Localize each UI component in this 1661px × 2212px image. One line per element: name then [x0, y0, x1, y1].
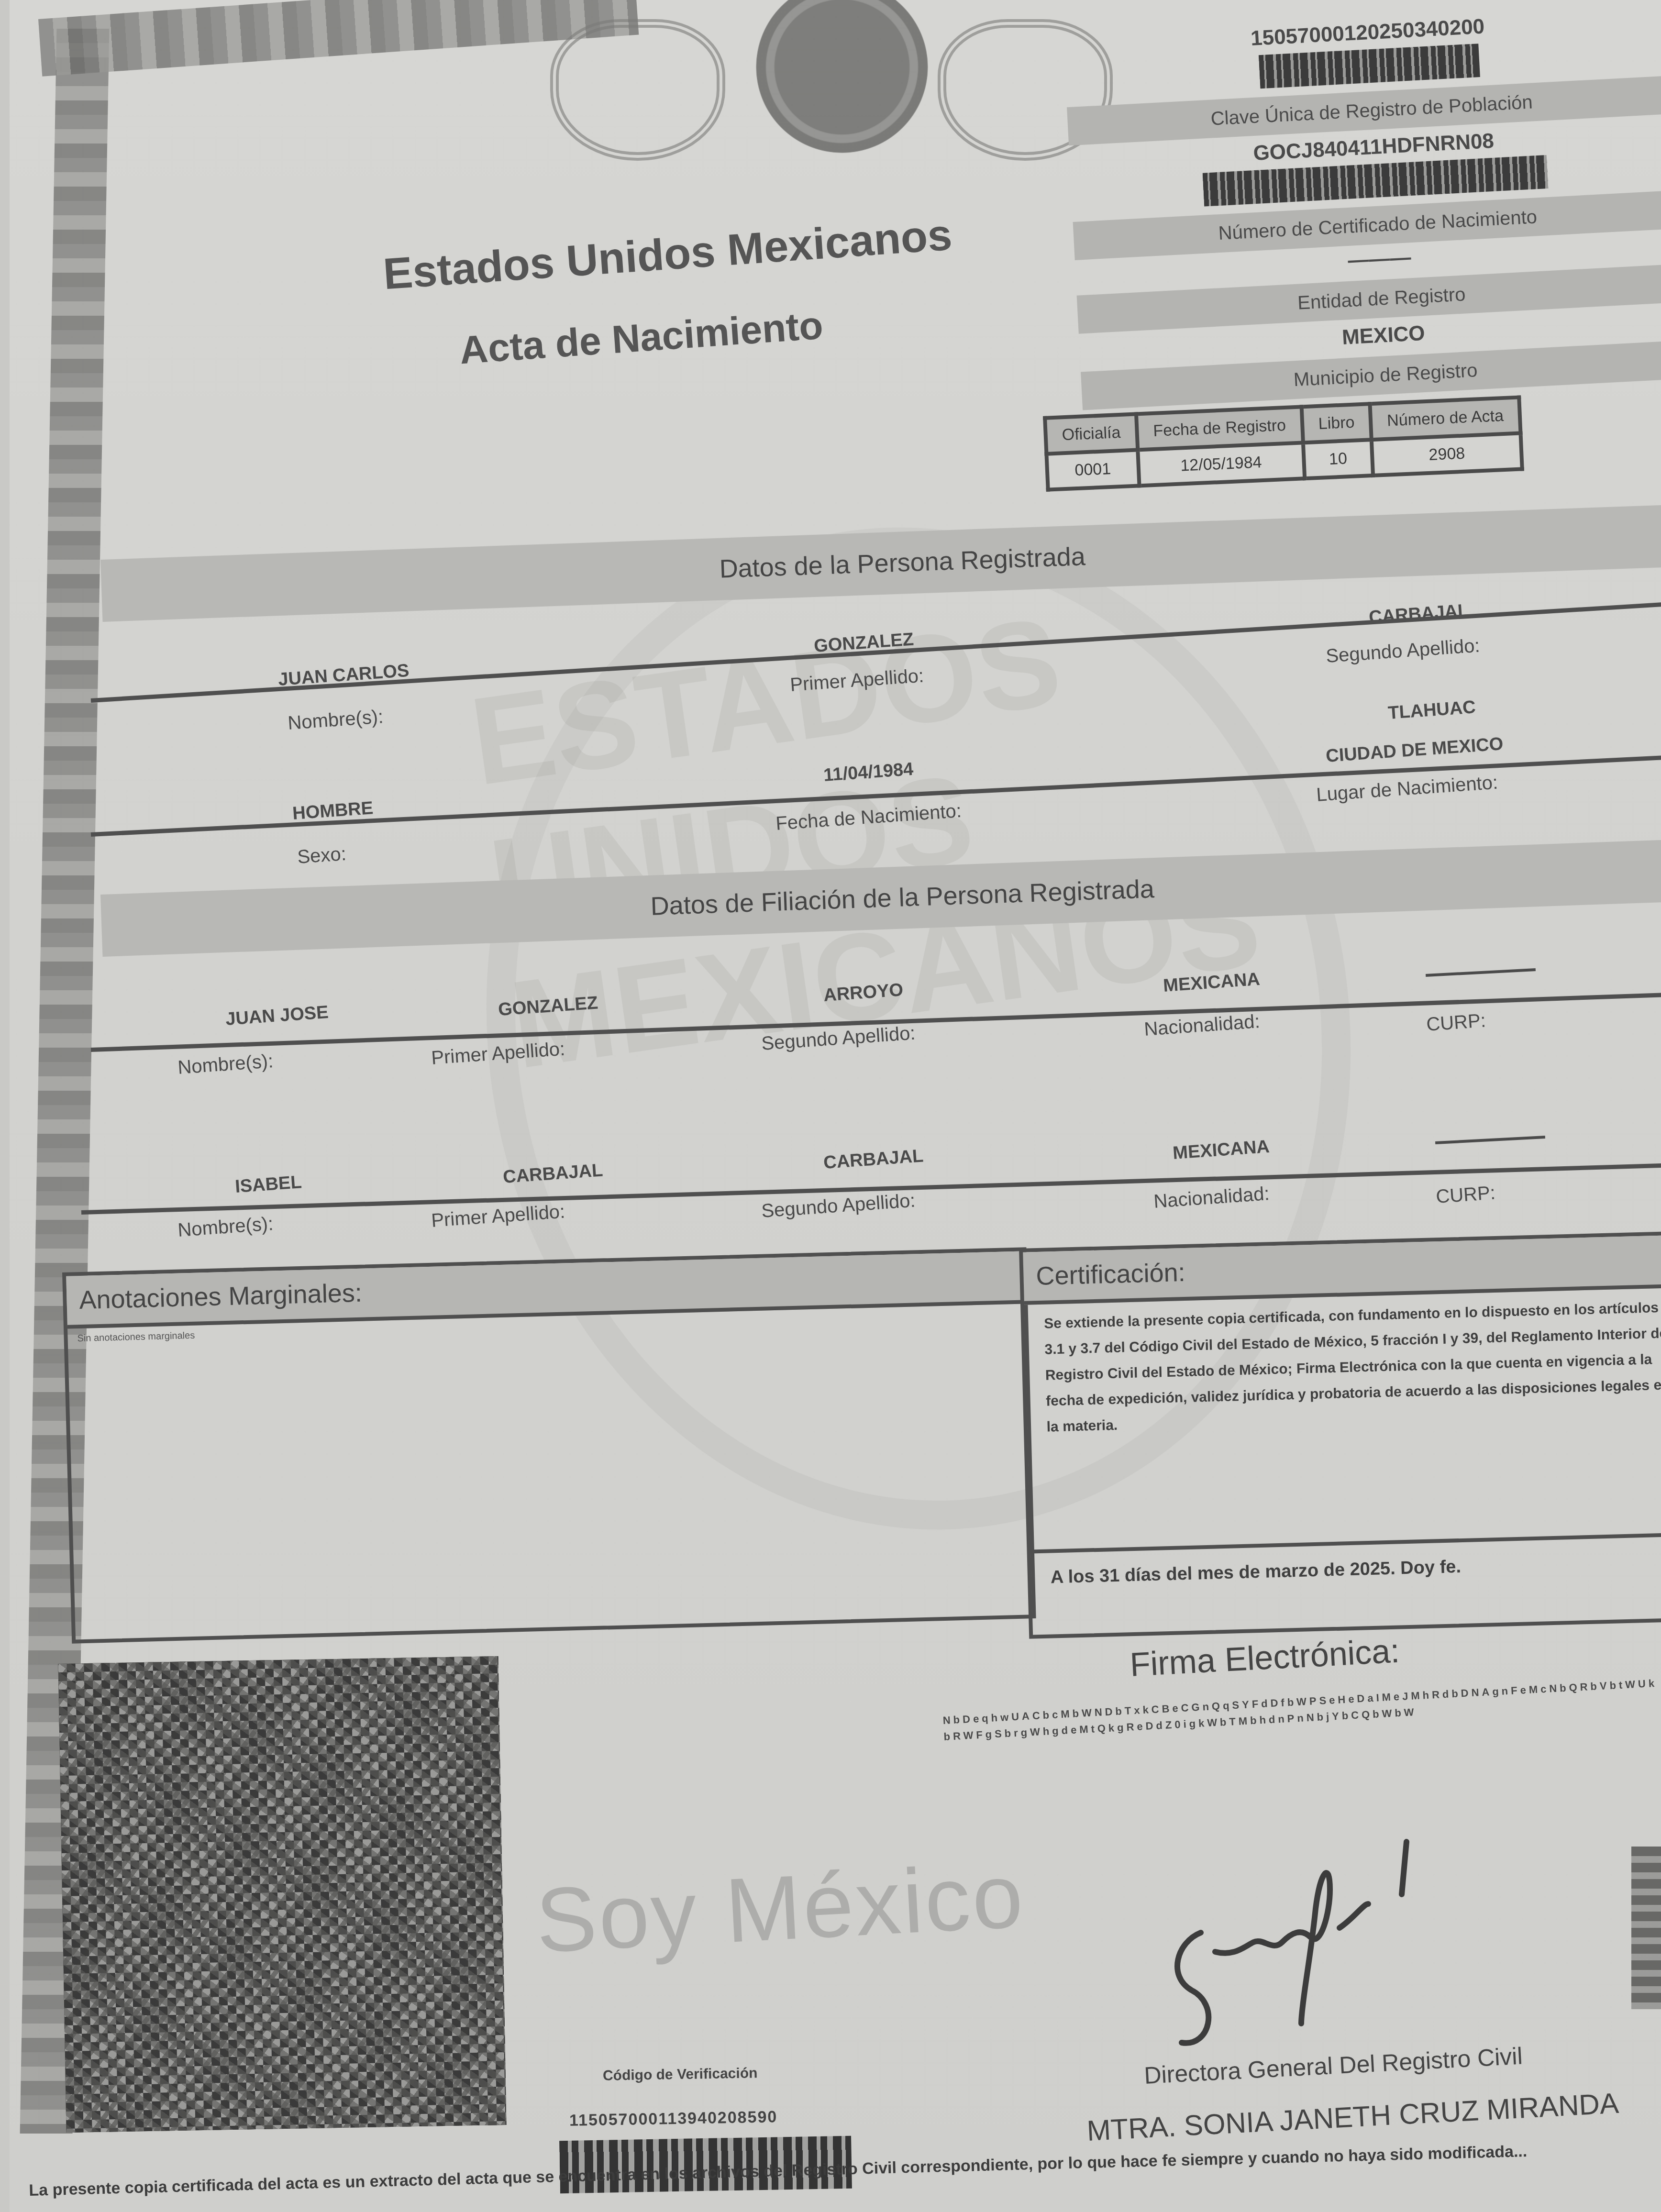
certification-text: Se extiende la presente copia certificad…: [1024, 1287, 1661, 1448]
header-libro: Libro: [1301, 404, 1372, 442]
header-numero-acta: Número de Acta: [1370, 398, 1521, 440]
qr-code: [58, 1656, 507, 2133]
seal-ornament-left-icon: [550, 19, 725, 161]
segundo-apellido-label: Segundo Apellido:: [1325, 635, 1481, 667]
lugar-nacimiento-line1: TLAHUAC: [1387, 697, 1476, 724]
parent1-nombre: JUAN JOSE: [225, 1002, 329, 1030]
handwritten-signature-icon: [1158, 1832, 1493, 2057]
decorative-border-top: [38, 0, 639, 77]
cell-oficialia: 0001: [1046, 450, 1139, 489]
cell-libro: 10: [1303, 440, 1373, 478]
section-title: Datos de Filiación de la Persona Registr…: [650, 874, 1155, 921]
segundo-apellido-value: CARBAJAL: [1368, 600, 1469, 628]
cell-numero-acta: 2908: [1372, 433, 1522, 476]
parent1-curp-label: CURP:: [1426, 1010, 1486, 1036]
birth-certificate-page: ESTADOS UNIDOS MEXICANOS Estados Unidos …: [10, 0, 1661, 2212]
parent2-curp-blank: [1435, 1136, 1545, 1144]
identifier-block: 15057000120250340200 Clave Única de Regi…: [1063, 0, 1661, 440]
parent1-nombre-label: Nombre(s):: [177, 1051, 274, 1079]
section-title: Datos de la Persona Registrada: [719, 542, 1086, 584]
cell-fecha-registro: 12/05/1984: [1138, 442, 1305, 486]
national-seal-icon: [756, 0, 928, 153]
verification-code: 115057000113940208590: [569, 2108, 778, 2130]
firma-electronica-title: Firma Electrónica:: [1129, 1631, 1400, 1683]
certification-date: A los 31 días del mes de marzo de 2025. …: [1030, 1532, 1661, 1635]
verification-code-label: Código de Verificación: [603, 2065, 758, 2084]
parent2-nombre-label: Nombre(s):: [177, 1213, 274, 1241]
parent2-nombre: ISABEL: [234, 1172, 302, 1197]
country-title: Estados Unidos Mexicanos: [382, 210, 954, 300]
director-name: MTRA. SONIA JANETH CRUZ MIRANDA: [1086, 2087, 1619, 2147]
sexo-label: Sexo:: [297, 843, 347, 868]
header-oficialia: Oficialía: [1045, 414, 1138, 453]
parent1-curp-blank: [1426, 968, 1536, 977]
parent2-curp-label: CURP:: [1435, 1182, 1496, 1208]
certification-box: Certificación: Se extiende la presente c…: [1019, 1231, 1661, 1639]
document-title: Acta de Nacimiento: [458, 303, 825, 374]
soy-mexico-watermark: Soy México: [533, 1843, 1027, 1973]
side-security-strip: [1631, 1847, 1661, 2009]
firma-electronica-hash: NbDeqhwUACbcMbWNDbTxkCBeCGnQqSYFdDfbWPSe…: [942, 1675, 1661, 1745]
nombre-label: Nombre(s):: [287, 706, 384, 734]
annotations-box: Anotaciones Marginales: Sin anotaciones …: [62, 1247, 1036, 1644]
top-barcode: [1259, 44, 1480, 88]
lugar-nacimiento-label: Lugar de Nacimiento:: [1316, 772, 1498, 806]
lugar-nacimiento-line2: CIUDAD DE MEXICO: [1325, 734, 1504, 767]
